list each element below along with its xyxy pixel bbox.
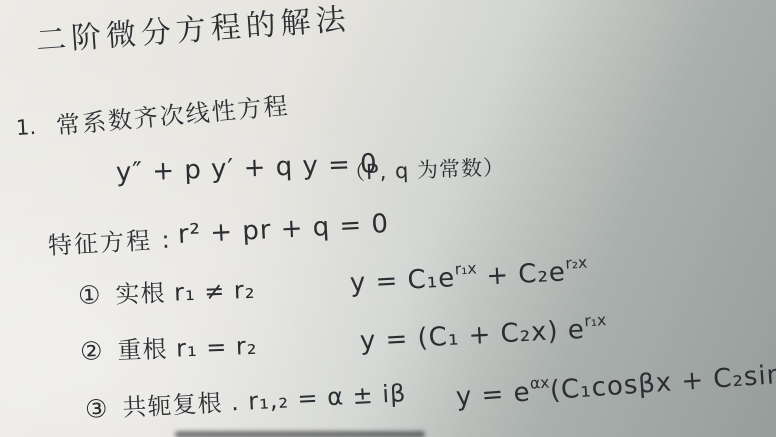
case-2-formula: y = (C₁ + C₂x) er₁x [359,313,607,357]
circled-1-marker: ① [78,280,102,310]
characteristic-equation: r² + pr + q = 0 [177,209,390,250]
case-1-text: 实根 r₁ ≠ r₂ [115,276,256,309]
section-number: 1. [15,115,36,140]
case-2-text: 重根 r₁ = r₂ [117,332,258,365]
section-heading: 常系数齐次线性方程 [54,86,290,141]
case-2-condition: ②重根 r₁ = r₂ [79,326,258,367]
photo-bottom-edge [175,431,425,437]
case-1-condition: ①实根 r₁ ≠ r₂ [77,270,256,311]
case-3-text: 共轭复根 . r₁,₂ = α ± iβ [122,379,407,422]
case-1-formula: y = C₁er₁x + C₂er₂x [349,256,588,299]
page-title: 二阶微分方程的解法 [34,0,351,60]
circled-2-marker: ② [80,336,104,366]
circled-3-marker: ③ [84,394,109,424]
case-3-formula: y = eαx(C₁cosβx + C₂sinβx) [455,356,776,413]
equation-note: （P, q 为常数） [343,151,505,187]
differential-equation: y″ + p y′ + q y = 0 [115,149,378,188]
characteristic-label: 特征方程 : [47,220,172,261]
case-3-condition: ③共轭复根 . r₁,₂ = α ± iβ [84,373,407,425]
